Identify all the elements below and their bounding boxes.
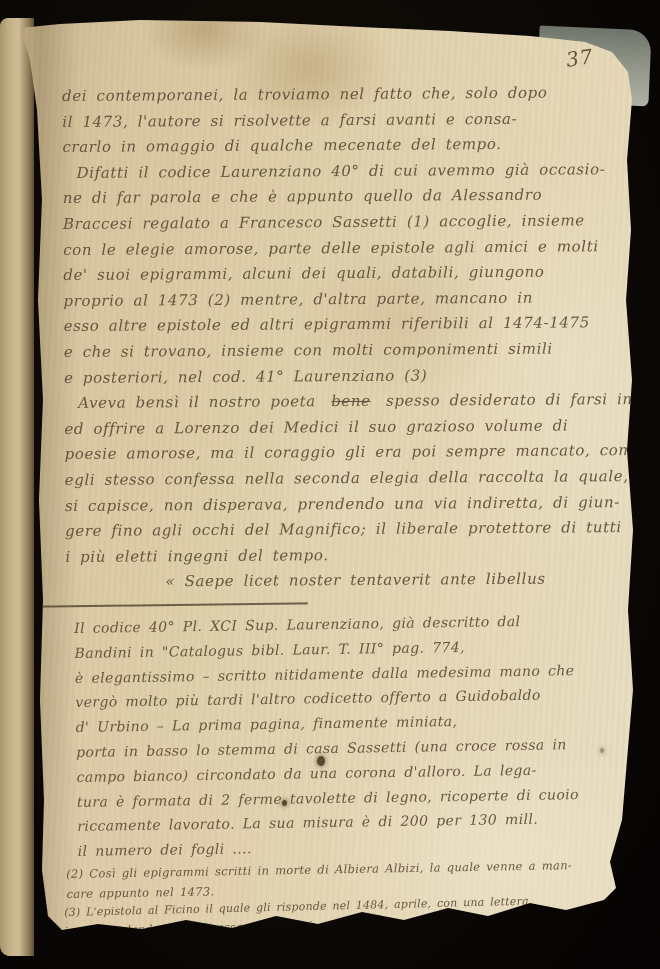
- manuscript-line: ne di far parola e che è appunto quello …: [63, 183, 603, 212]
- manuscript-line: si capisce, non disperava, prendendo una…: [65, 490, 605, 519]
- manuscript-line: egli stesso confessa nella seconda elegi…: [65, 464, 605, 493]
- manuscript-line: i più eletti ingegni del tempo.: [65, 541, 605, 570]
- manuscript-line: e che si trovano, insieme con molti comp…: [64, 336, 604, 365]
- struck-word: bene: [331, 392, 371, 410]
- manuscript-body: dei contemporanei, la troviamo nel fatto…: [62, 80, 606, 596]
- manuscript-line: Braccesi regalato a Francesco Sassetti (…: [63, 208, 603, 237]
- manuscript-line: il 1473, l'autore si risolvette a farsi …: [62, 106, 602, 135]
- manuscript-line: dei contemporanei, la troviamo nel fatto…: [62, 80, 602, 109]
- manuscript-line: ed offrire a Lorenzo dei Medici il suo g…: [64, 413, 604, 442]
- manuscript-line: esso altre epistole ed altri epigrammi r…: [64, 311, 604, 340]
- photo-background: 37 dei contemporanei, la troviamo nel fa…: [0, 0, 660, 969]
- page-number: 37: [564, 44, 595, 72]
- ink-blot: [317, 756, 325, 766]
- ink-blot: [282, 800, 287, 806]
- manuscript-line: Difatti il codice Laurenziano 40° di cui…: [63, 157, 603, 186]
- manuscript-line-with-correction: Aveva bensì il nostro poeta bene spesso …: [64, 387, 604, 416]
- footnote-separator: [40, 602, 308, 607]
- manuscript-line: de' suoi epigrammi, alcuni dei quali, da…: [63, 259, 603, 288]
- latin-quote-line: « Saepe licet noster tentaverit ante lib…: [65, 566, 605, 595]
- manuscript-line: crarlo in omaggio di qualche mecenate de…: [62, 131, 602, 160]
- line-text: spesso desiderato di farsi innanzi: [386, 390, 660, 410]
- manuscript-line: con le elegie amorose, parte delle epist…: [63, 234, 603, 263]
- line-text: Aveva bensì il nostro poeta: [78, 392, 316, 412]
- manuscript-line: gere fino agli occhi del Magnifico; il l…: [65, 515, 605, 544]
- footnote-1: Il codice 40° Pl. XCI Sup. Laurenziano, …: [74, 609, 618, 865]
- ink-blot: [600, 748, 604, 753]
- book-binding-page-edges: [0, 18, 34, 956]
- manuscript-line: poesie amorose, ma il coraggio gli era p…: [65, 439, 605, 468]
- manuscript-line: e posteriori, nel cod. 41° Laurenziano (…: [64, 362, 604, 391]
- paper-sheet: 37 dei contemporanei, la troviamo nel fa…: [0, 0, 660, 969]
- manuscript-line: proprio al 1473 (2) mentre, d'altra part…: [63, 285, 603, 314]
